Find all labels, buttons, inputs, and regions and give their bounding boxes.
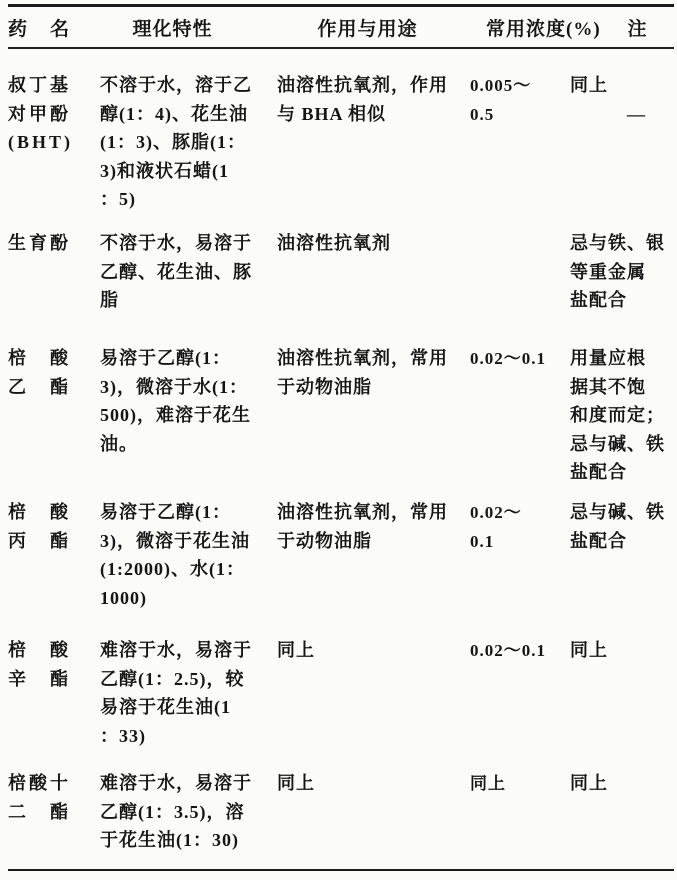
concentration-cell: 0.02～0.1 <box>470 344 570 374</box>
table-row: 棓 酸 辛 酯 难溶于水，易溶于 乙醇(1：2.5)，较 易溶于花生油(1 ：3… <box>8 636 677 769</box>
table-bottom-rule <box>8 869 674 871</box>
table-row: 叔丁基 对甲酚 (BHT) 不溶于水，溶于乙 醇(1：4)、花生油 (1：3)、… <box>8 71 677 229</box>
properties-cell: 易溶于乙醇(1： 3)，微溶于花生油 (1:2000)、水(1： 1000) <box>100 498 277 612</box>
properties-cell: 难溶于水，易溶于 乙醇(1：2.5)，较 易溶于花生油(1 ：33) <box>100 636 277 750</box>
use-cell: 油溶性抗氧剂，常用 于动物油脂 <box>277 498 470 555</box>
concentration-cell: 0.02～0.1 <box>470 636 570 666</box>
table-row: 生育酚 不溶于水，易溶于 乙醇、花生油、豚 脂 油溶性抗氧剂 忌与铁、银 等重金… <box>8 229 677 344</box>
use-cell: 油溶性抗氧剂，作用 与 BHA 相似 <box>277 71 470 128</box>
table-row: 棓 酸 丙 酯 易溶于乙醇(1： 3)，微溶于花生油 (1:2000)、水(1：… <box>8 498 677 636</box>
drug-name-cell: 叔丁基 对甲酚 (BHT) <box>8 71 100 157</box>
properties-cell: 不溶于水，溶于乙 醇(1：4)、花生油 (1：3)、豚脂(1： 3)和液状石蜡(… <box>100 71 277 214</box>
header-concentration: 常用浓度(%) <box>486 14 586 41</box>
drug-name-cell: 棓 酸 乙 酯 <box>8 344 100 401</box>
table-row: 棓酸十 二 酯 难溶于水，易溶于 乙醇(1：3.5)，溶 于花生油(1：30) … <box>8 769 677 869</box>
header-use: 作用与用途 <box>271 14 464 41</box>
note-cell: 同上 <box>570 636 669 665</box>
use-cell: 同上 <box>277 636 470 665</box>
concentration-cell <box>470 229 570 230</box>
drug-name-cell: 生育酚 <box>8 229 100 258</box>
header-note: 注 <box>588 14 677 41</box>
header-bottom-rule <box>8 47 674 49</box>
note-cell: 忌与碱、铁 盐配合 <box>570 498 669 555</box>
table-body: 叔丁基 对甲酚 (BHT) 不溶于水，溶于乙 醇(1：4)、花生油 (1：3)、… <box>8 71 677 869</box>
concentration-cell: 0.005～ 0.5 <box>470 71 570 129</box>
concentration-cell: 0.02～ 0.1 <box>470 498 570 556</box>
properties-cell: 易溶于乙醇(1： 3)，微溶于水(1： 500)，难溶于花生 油。 <box>100 344 277 458</box>
table-header-row: 药 名 理化特性 作用与用途 常用浓度(%) 注 <box>8 7 677 47</box>
use-cell: 油溶性抗氧剂 <box>277 229 470 258</box>
document-page: 药 名 理化特性 作用与用途 常用浓度(%) 注 叔丁基 对甲酚 (BHT) 不… <box>0 0 677 880</box>
properties-cell: 不溶于水，易溶于 乙醇、花生油、豚 脂 <box>100 229 277 315</box>
use-cell: 同上 <box>277 769 470 798</box>
note-cell: 同上 <box>570 769 669 798</box>
drug-name-cell: 棓 酸 丙 酯 <box>8 498 100 555</box>
header-properties: 理化特性 <box>84 14 261 41</box>
drug-name-cell: 棓 酸 辛 酯 <box>8 636 100 693</box>
drug-name-cell: 棓酸十 二 酯 <box>8 769 100 826</box>
concentration-cell: 同上 <box>470 769 570 799</box>
note-cell: 忌与铁、银 等重金属 盐配合 <box>570 229 669 315</box>
properties-cell: 难溶于水，易溶于 乙醇(1：3.5)，溶 于花生油(1：30) <box>100 769 277 855</box>
note-cell: 同上 — <box>570 71 669 128</box>
use-cell: 油溶性抗氧剂，常用 于动物油脂 <box>277 344 470 401</box>
table-row: 棓 酸 乙 酯 易溶于乙醇(1： 3)，微溶于水(1： 500)，难溶于花生 油… <box>8 344 677 498</box>
note-cell: 用量应根 据其不饱 和度而定； 忌与碱、铁 盐配合 <box>570 344 669 487</box>
